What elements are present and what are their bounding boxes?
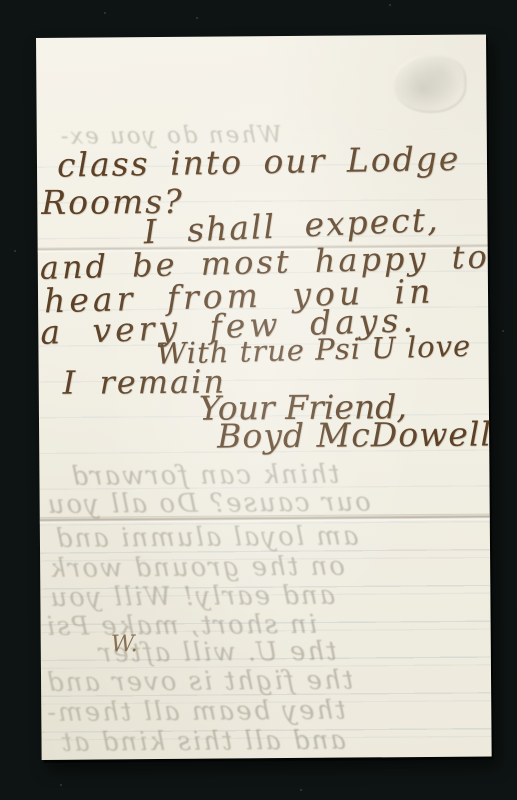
dust-speck: [389, 4, 391, 6]
letter-page: When do you ex- think can forward our ca…: [36, 34, 492, 760]
photo-background: When do you ex- think can forward our ca…: [0, 0, 517, 800]
dust-speck: [60, 784, 62, 786]
bleedthrough-line: our cause? Do all you: [46, 487, 371, 520]
dust-speck: [502, 330, 504, 332]
bleedthrough-line: the fight is over and: [45, 666, 353, 698]
handwriting-line: class into our Lodge: [57, 139, 461, 185]
bleedthrough-line: think can forward: [69, 460, 339, 492]
bleedthrough-line: and all this kind at: [59, 726, 346, 758]
embossed-seal: [392, 55, 466, 114]
bleedthrough-line: am loyal alumni and: [54, 521, 359, 553]
dust-speck: [196, 17, 198, 19]
bleedthrough-line: on the ground work: [48, 552, 345, 584]
bleedthrough-line: and early! Will you: [48, 581, 335, 613]
dust-speck: [14, 250, 16, 252]
ink-mark: W.: [111, 631, 138, 657]
handwriting-signature: Boyd McDowell: [217, 414, 492, 455]
dust-speck: [300, 789, 302, 791]
dust-speck: [104, 12, 106, 14]
bleedthrough-line: they beam all them-: [45, 696, 346, 728]
